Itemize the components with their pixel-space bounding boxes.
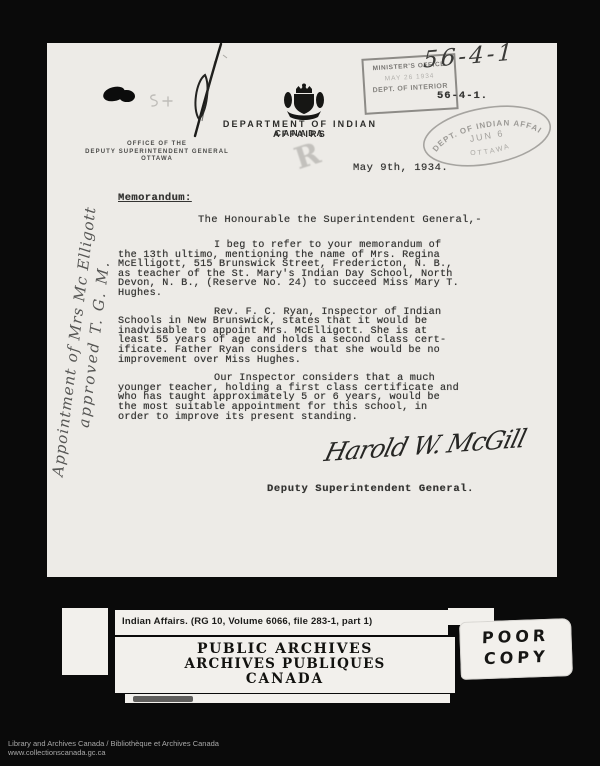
public-archives-card: PUBLIC ARCHIVES ARCHIVES PUBLIQUES CANAD… [115,637,455,693]
archive-credit-footer: Library and Archives Canada / Bibliothèq… [8,739,219,757]
microfilm-scan: DEPARTMENT OF INDIAN AFFAIRS CANADA OFFI… [0,0,600,766]
date-line: May 9th, 1934. [353,162,448,174]
archives-card-line: ARCHIVES PUBLIQUES [115,657,455,672]
label-fragment [62,608,108,675]
coat-of-arms [281,83,327,121]
margin-approval-note: Appointment of Mrs Mc Elligott approved … [47,191,127,494]
office-line: OTTAWA [77,156,237,164]
office-line: OFFICE OF THE [77,141,237,149]
letterhead-country: CANADA [205,129,395,138]
archives-card-line: CANADA [115,672,455,687]
credit-url: www.collectionscanada.gc.ca [8,748,219,757]
handwritten-file-number: 56-4-1 [423,34,574,73]
poor-copy-slip: POOR COPY [459,618,573,680]
memo-paragraph: Our Inspector considers that a much youn… [118,374,460,422]
signature-title: Deputy Superintendent General. [267,483,474,495]
faint-smudge-mark: R [290,136,325,177]
stamp-arc-bottom-text: OTTAWA [469,143,512,159]
memo-body: I beg to refer to your memorandum of the… [118,241,460,431]
poor-copy-line: COPY [460,645,573,670]
memo-heading: Memorandum: [118,192,192,204]
credit-line: Library and Archives Canada / Bibliothèq… [8,739,219,748]
archival-file-label-text: Indian Affairs. (RG 10, Volume 6066, fil… [115,610,448,627]
archival-file-label: Indian Affairs. (RG 10, Volume 6066, fil… [115,610,448,635]
document-page: DEPARTMENT OF INDIAN AFFAIRS CANADA OFFI… [47,43,557,577]
typed-file-number: 56-4-1. [437,90,488,102]
archives-card-line: PUBLIC ARCHIVES [115,642,455,657]
label-fragment [125,694,450,703]
memo-paragraph: I beg to refer to your memorandum of the… [118,241,460,299]
memo-paragraph: Rev. F. C. Ryan, Inspector of Indian Sch… [118,308,460,366]
svg-text:OTTAWA: OTTAWA [469,143,512,159]
office-line: DEPUTY SUPERINTENDENT GENERAL [77,149,237,157]
stamp-date-line: MAY 26 1934 [364,71,454,83]
ink-blot [119,90,135,102]
letterhead-office-block: OFFICE OF THE DEPUTY SUPERINTENDENT GENE… [77,141,237,164]
memo-salutation: The Honourable the Superintendent Genera… [198,214,482,226]
